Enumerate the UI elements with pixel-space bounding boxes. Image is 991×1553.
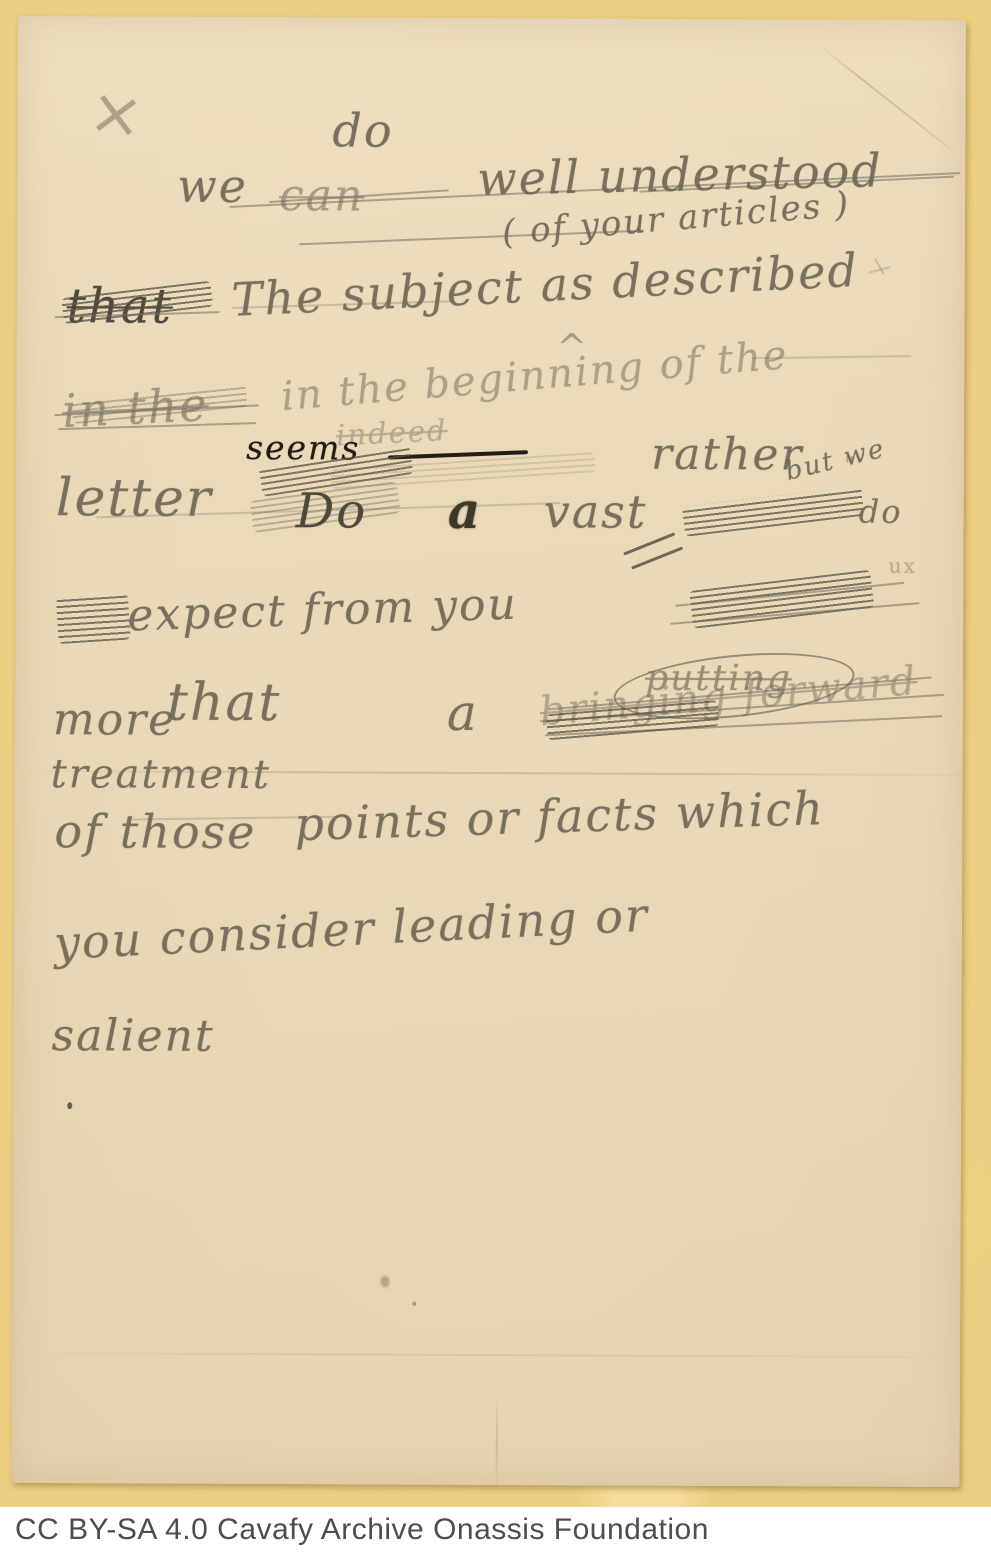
manuscript-paper-sheet: × do we can well understood ( of your ar… [12,16,966,1487]
corner-crease [817,44,956,154]
manuscript-scan: × do we can well understood ( of your ar… [0,0,991,1553]
attribution-bar: CC BY-SA 4.0 Cavafy Archive Onassis Foun… [0,1507,991,1553]
hw-word-treatment: treatment [51,754,271,795]
hw-word-rather: rather [651,433,804,478]
hw-word-vast: vast [544,488,648,534]
hw-word-do-cap: Do [296,487,368,535]
hw-phrase-points-facts: points or facts which [294,785,826,847]
scribble-strikeout [682,486,864,537]
hw-phrase-subject-described: The subject as described [231,247,860,323]
hw-word-do-small: do [859,496,903,528]
hw-word-a: a [448,486,483,536]
ux-margin-mark: ux [889,556,917,576]
insertion-mark [874,258,885,275]
paper-stain [412,1302,416,1306]
scribble-strikeout [56,594,131,645]
hw-word-salient: salient [51,1014,214,1059]
paper-speck [67,1102,72,1109]
x-margin-mark: × [85,79,149,150]
vertical-crease [496,1400,498,1486]
hw-word-we: we [177,163,248,209]
fold-crease [12,1352,960,1358]
paper-stain [380,1276,389,1288]
hw-word-that2: that [167,677,282,729]
hw-word-do-inserted: do [332,107,393,153]
hw-word-a2: a [447,688,479,738]
double-slash-mark [631,546,683,569]
hw-phrase-consider-leading: you consider leading or [53,892,650,967]
hw-word-more: more [53,698,176,743]
hw-phrase-beginning-of-letter: in the beginning of the [280,335,790,417]
hw-phrase-of-those: of those [54,808,256,855]
attribution-text: CC BY-SA 4.0 Cavafy Archive Onassis Foun… [15,1513,709,1547]
hw-phrase-expect-from-you: expect from you [127,583,519,639]
